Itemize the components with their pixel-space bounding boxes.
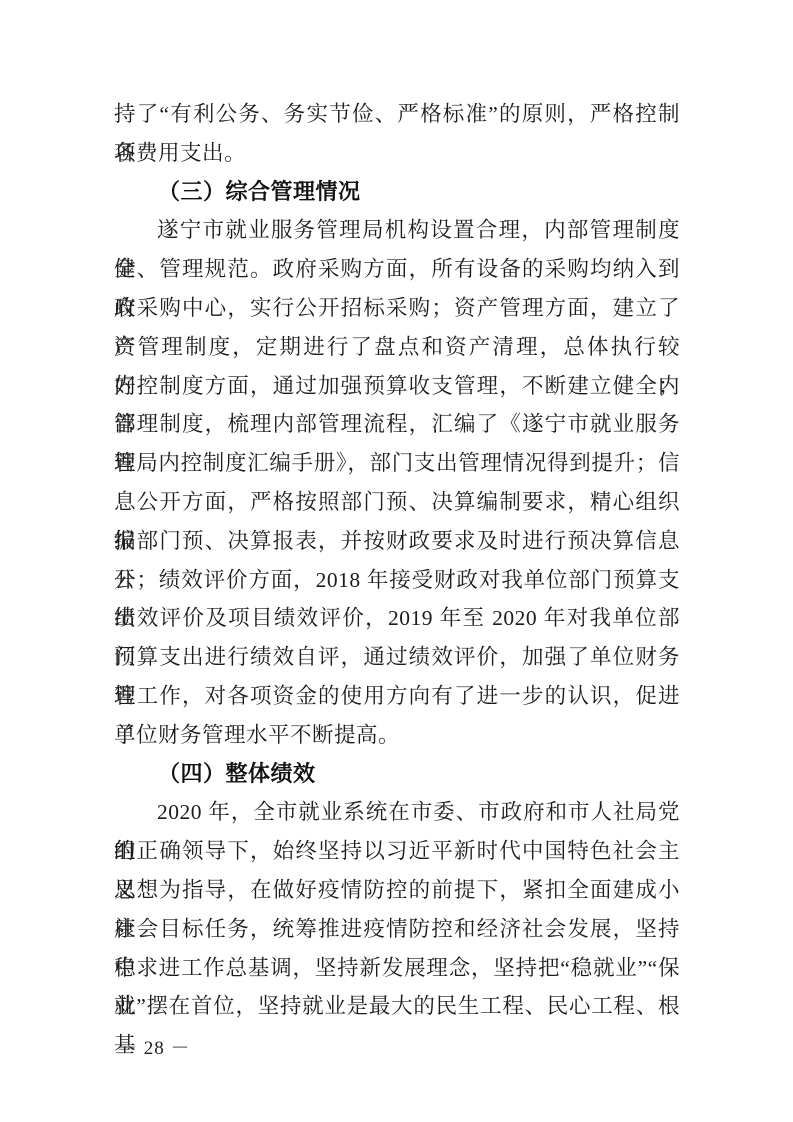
text-line: 内控制度方面，通过加强预算收支管理，不断建立健全内部 — [114, 367, 680, 406]
section-heading: （四）整体绩效 — [114, 755, 680, 794]
text-line: 管理制度，梳理内部管理流程，汇编了《遂宁市就业服务管 — [114, 405, 680, 444]
text-line: 开；绩效评价方面，2018 年接受财政对我单位部门预算支出 — [114, 561, 680, 600]
text-line: 理工作，对各项资金的使用方向有了进一步的认识，促进了 — [114, 677, 680, 716]
text-line: 报部门预、决算报表，并按财政要求及时进行预决算信息公 — [114, 522, 680, 561]
text-line: 产管理制度，定期进行了盘点和资产清理，总体执行较好； — [114, 328, 680, 367]
text-line: 全、管理规范。政府采购方面，所有设备的采购均纳入到政 — [114, 250, 680, 289]
text-line: 预算支出进行绩效自评，通过绩效评价，加强了单位财务管 — [114, 638, 680, 677]
text-line: 的正确领导下，始终坚持以习近平新时代中国特色社会主义 — [114, 832, 680, 871]
text-line: 遂宁市就业服务管理局机构设置合理，内部管理制度健 — [114, 211, 680, 250]
text-line: 项费用支出。 — [114, 134, 680, 173]
text-line: 单位财务管理水平不断提高。 — [114, 716, 680, 755]
text-line: 思想为指导，在做好疫情防控的前提下，紧扣全面建成小康 — [114, 871, 680, 910]
text-line: 绩效评价及项目绩效评价，2019 年至 2020 年对我单位部门 — [114, 599, 680, 638]
text-line: 持了“有利公务、务实节俭、严格标准”的原则，严格控制各 — [114, 95, 680, 134]
text-line: 理局内控制度汇编手册》，部门支出管理情况得到提升；信 — [114, 444, 680, 483]
text-line: 社会目标任务，统筹推进疫情防控和经济社会发展，坚持稳 — [114, 910, 680, 949]
page-number: － 28 － — [118, 1034, 191, 1064]
text-line: 业”摆在首位，坚持就业是最大的民生工程、民心工程、根基 — [114, 987, 680, 1026]
text-line: 府采购中心，实行公开招标采购；资产管理方面，建立了资 — [114, 289, 680, 328]
text-line: 中求进工作总基调，坚持新发展理念，坚持把“稳就业”“保就 — [114, 949, 680, 988]
document-body: 持了“有利公务、务实节俭、严格标准”的原则，严格控制各项费用支出。（三）综合管理… — [114, 95, 680, 1026]
section-heading: （三）综合管理情况 — [114, 173, 680, 212]
document-page: 持了“有利公务、务实节俭、严格标准”的原则，严格控制各项费用支出。（三）综合管理… — [0, 0, 793, 1122]
text-line: 2020 年，全市就业系统在市委、市政府和市人社局党组 — [114, 793, 680, 832]
text-line: 息公开方面，严格按照部门预、决算编制要求，精心组织编 — [114, 483, 680, 522]
